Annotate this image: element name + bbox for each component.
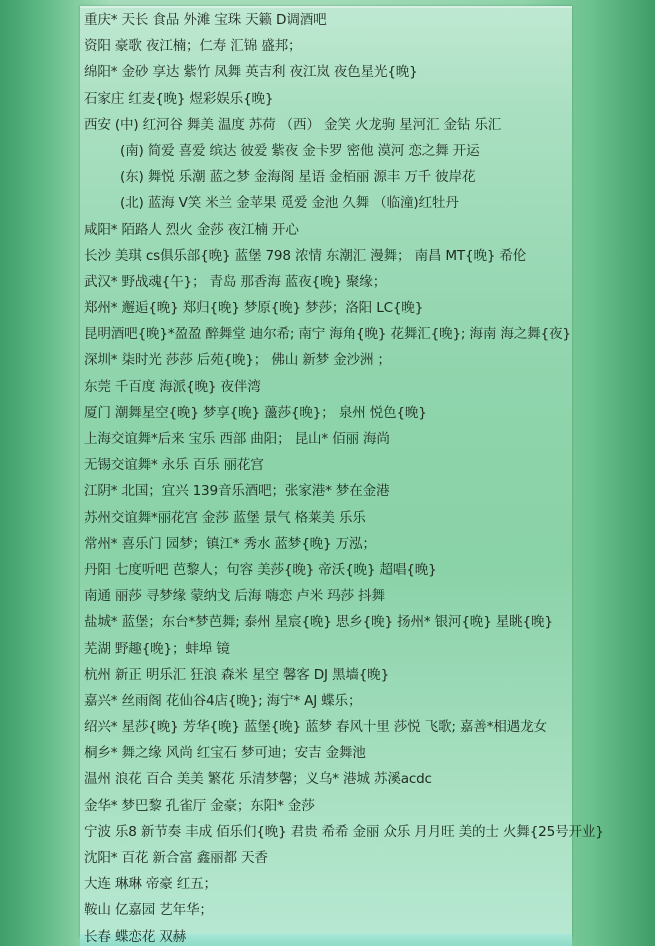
list-line: 深圳* 柒时光 莎莎 后苑{晚}； 佛山 新梦 金沙洲 ；	[84, 347, 654, 373]
list-line: 石家庄 红麦{晚} 煜彩娱乐{晚}	[84, 86, 654, 112]
list-line: 重庆* 天长 食品 外滩 宝珠 天籁 D调酒吧	[84, 7, 654, 33]
list-line: 沈阳* 百花 新合富 鑫丽都 天香	[84, 845, 654, 871]
list-line: 温州 浪花 百合 美美 繁花 乐清梦馨；义乌* 港城 苏溪acdc	[84, 766, 654, 792]
list-line: 苏州交谊舞*丽花宫 金莎 蓝堡 景气 格莱美 乐乐	[84, 505, 654, 531]
list-line: 盐城* 蓝堡；东台*梦芭舞; 泰州 星宸{晚} 思乡{晚} 扬州* 银河{晚} …	[84, 609, 654, 635]
list-line: 上海交谊舞*后来 宝乐 西部 曲阳； 昆山* 佰丽 海尚	[84, 426, 654, 452]
list-line: 桐乡* 舞之缘 风尚 红宝石 梦可迪；安吉 金舞池	[84, 740, 654, 766]
list-line: 咸阳* 陌路人 烈火 金莎 夜江楠 开心	[84, 217, 654, 243]
list-line: 鞍山 亿嘉园 艺年华；	[84, 897, 654, 923]
list-line: 嘉兴* 丝雨阁 花仙谷4店{晚}; 海宁* AJ 蝶乐；	[84, 688, 654, 714]
list-line: 南通 丽莎 寻梦缘 蒙纳戈 后海 嗨恋 卢米 玛莎 抖舞	[84, 583, 654, 609]
list-line: 长春 蝶恋花 双赫	[84, 924, 654, 946]
list-line: 芜湖 野趣{晚}；蚌埠 镜	[84, 636, 654, 662]
list-line: 绍兴* 星莎{晚} 芳华{晚} 蓝堡{晚} 蓝梦 春风十里 莎悦 飞歌; 嘉善*…	[84, 714, 654, 740]
list-line: 金华* 梦巴黎 孔雀厅 金豪；东阳* 金莎	[84, 793, 654, 819]
list-line: 厦门 潮舞星空{晚} 梦享{晚} 蘯莎{晚}； 泉州 悦色{晚}	[84, 400, 654, 426]
list-line: 东莞 千百度 海派{晚} 夜伴湾	[84, 374, 654, 400]
list-line: 长沙 美琪 cs俱乐部{晚} 蓝堡 798 浓情 东潮汇 漫舞； 南昌 MT{晚…	[84, 243, 654, 269]
list-line: 昆明酒吧{晚}*盈盈 醉舞堂 迪尔希; 南宁 海角{晚} 花舞汇{晚}; 海南 …	[84, 321, 654, 347]
list-line: (南) 简爱 喜爱 缤达 彼爱 紫夜 金卡罗 密他 漠河 恋之舞 开运	[84, 138, 654, 164]
list-line: (北) 蓝海 V笑 米兰 金苹果 觅爱 金池 久舞 （临潼)红牡丹	[84, 190, 654, 216]
list-line: 武汉* 野战魂{午}； 青岛 那香海 蓝夜{晚} 聚缘；	[84, 269, 654, 295]
list-line: 杭州 新正 明乐汇 狂浪 森米 星空 馨客 DJ 黑墙{晚}	[84, 662, 654, 688]
list-line: 常州* 喜乐门 园梦；镇江* 秀水 蓝梦{晚} 万泓；	[84, 531, 654, 557]
list-line: 大连 琳琳 帝豪 红五；	[84, 871, 654, 897]
list-line: 江阴* 北国；宜兴 139音乐酒吧；张家港* 梦在金港	[84, 478, 654, 504]
list-line: 西安 (中) 红河谷 舞美 温度 苏荷 （西） 金笑 火龙驹 星河汇 金钻 乐汇	[84, 112, 654, 138]
list-line: 郑州* 邂逅{晚} 郑归{晚} 梦原{晚} 梦莎；洛阳 LC{晚}	[84, 295, 654, 321]
list-line: 丹阳 七度听吧 芭黎人；句容 美莎{晚} 帝沃{晚} 超唱{晚}	[84, 557, 654, 583]
list-line: 资阳 豪歌 夜江楠；仁寿 汇锦 盛邦；	[84, 33, 654, 59]
venue-list: 重庆* 天长 食品 外滩 宝珠 天籁 D调酒吧资阳 豪歌 夜江楠；仁寿 汇锦 盛…	[84, 7, 654, 946]
list-line: 绵阳* 金砂 享达 紫竹 凤舞 英吉利 夜江岚 夜色星光{晚}	[84, 59, 654, 85]
list-line: (东) 舞悦 乐潮 蓝之梦 金海阁 星语 金栢丽 源丰 万千 彼岸花	[84, 164, 654, 190]
list-line: 无锡交谊舞* 永乐 百乐 丽花宫	[84, 452, 654, 478]
list-line: 宁波 乐8 新节奏 丰成 佰乐们{晚} 君贵 希希 金丽 众乐 月月旺 美的士 …	[84, 819, 654, 845]
